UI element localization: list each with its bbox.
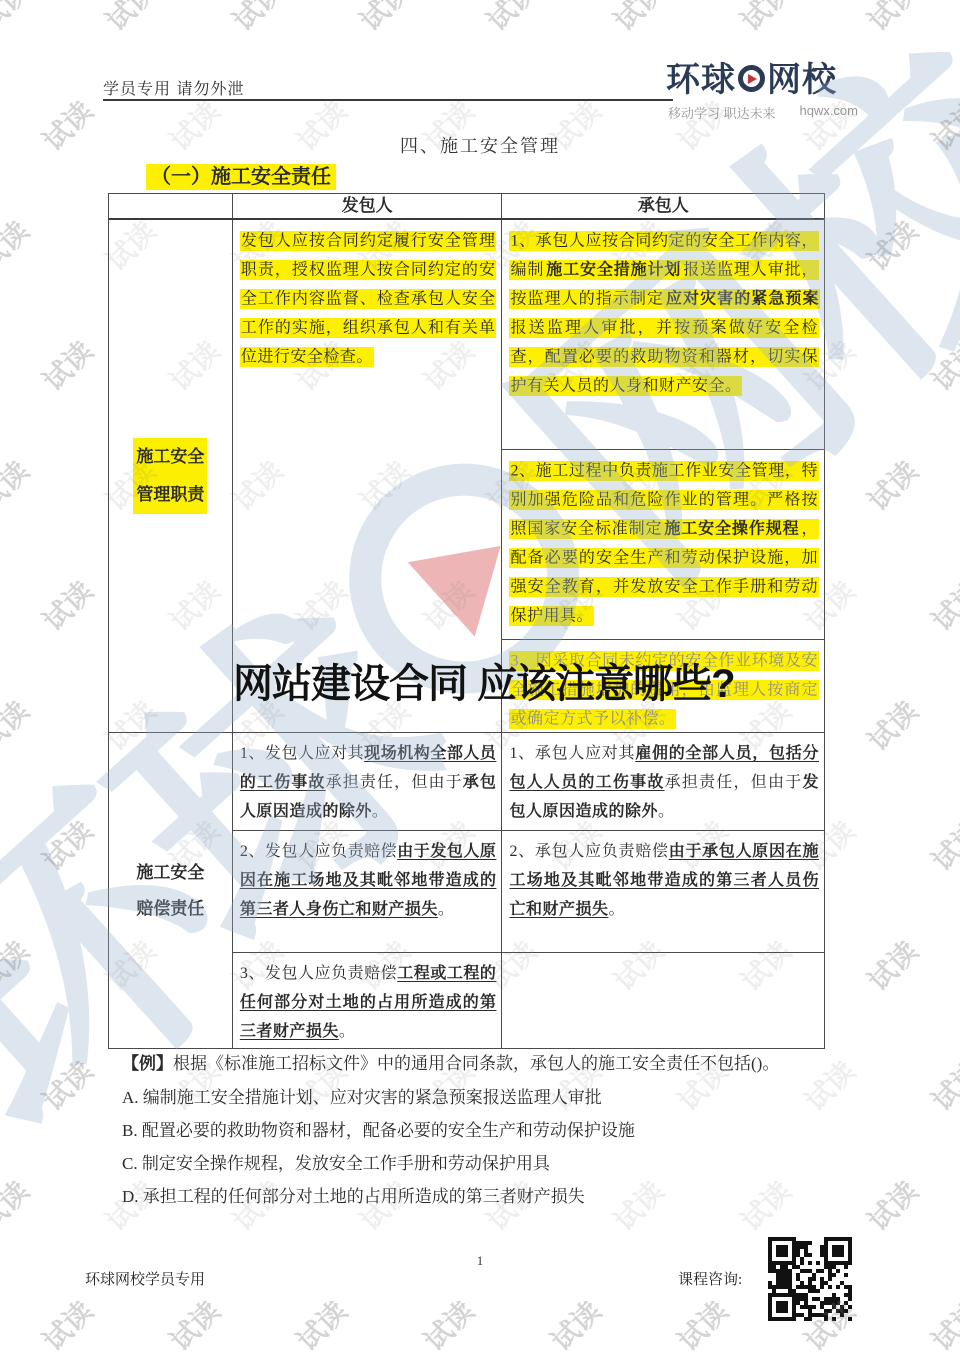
cell-employer-comp-2: 2、发包人应负责赔偿由于发包人原因在施工场地及其毗邻地带造成的第三者人身伤亡和财…: [233, 830, 502, 952]
trial-watermark: 试读: [604, 0, 672, 39]
trial-watermark: 试读: [541, 1291, 609, 1357]
trial-watermark: 试读: [922, 571, 960, 639]
tagline-text: 移动学习 职达未来: [668, 103, 776, 122]
play-icon: [748, 74, 757, 84]
cell-contractor-comp-2: 2、承包人应负责赔偿由于承包人原因在施工场地及其毗邻地带造成的第三者人员伤亡和财…: [502, 830, 824, 952]
responsibility-table: 发包人 承包人 施工安全 管理职责 发包人应按合同约定履行安全管理职责，授权监理…: [108, 193, 825, 1049]
row-label-line2: 管理职责: [133, 476, 207, 514]
row-label-safety-compensation: 施工安全 赔偿责任: [109, 733, 233, 1048]
website-text: hqwx.com: [799, 103, 858, 122]
trial-watermark: 试读: [287, 1291, 355, 1357]
row-label-line1: 施工安全: [133, 438, 207, 476]
trial-watermark: 试读: [858, 211, 926, 279]
option-b: B. 配置必要的救助物资和器材，配备必要的安全生产和劳动保护设施: [122, 1120, 852, 1142]
example-question: 【例】根据《标准施工招标文件》中的通用合同条款，承包人的施工安全责任不包括()。: [122, 1053, 852, 1075]
table-corner-cell: [109, 194, 233, 218]
trial-watermark: 试读: [731, 0, 799, 39]
cell-contractor-duty-1: 1、承包人应按合同约定的安全工作内容，编制施工安全措施计划报送监理人审批，按监理…: [502, 220, 824, 449]
trial-watermark: 试读: [922, 331, 960, 399]
section-heading: （一）施工安全责任: [146, 160, 336, 189]
trial-watermark: 试读: [0, 1171, 37, 1239]
example-question-block: 【例】根据《标准施工招标文件》中的通用合同条款，承包人的施工安全责任不包括()。…: [122, 1053, 852, 1219]
cell-employer-comp-1: 1、发包人应对其现场机构全部人员的工伤事故承担责任，但由于承包人原因造成的除外。: [233, 733, 502, 830]
qr-code: [768, 1237, 852, 1321]
cell-contractor-duty-2: 2、施工过程中负责施工作业安全管理，特别加强危险品和危险作业的管理。严格按照国家…: [502, 449, 824, 639]
trial-watermark: 试读: [0, 691, 37, 759]
trial-watermark: 试读: [922, 1291, 960, 1357]
row-safety-compensation: 施工安全 赔偿责任 1、发包人应对其现场机构全部人员的工伤事故承担责任，但由于承…: [109, 733, 824, 1048]
column-header-contractor: 承包人: [502, 194, 824, 218]
example-question-text: 根据《标准施工招标文件》中的通用合同条款，承包人的施工安全责任不包括()。: [173, 1054, 779, 1073]
column-header-employer: 发包人: [233, 194, 503, 218]
trial-watermark: 试读: [668, 1291, 736, 1357]
trial-watermark: 试读: [223, 0, 291, 39]
trial-watermark: 试读: [33, 1051, 101, 1119]
trial-watermark: 试读: [0, 451, 37, 519]
trial-watermark: 试读: [0, 931, 37, 999]
trial-watermark: 试读: [33, 571, 101, 639]
trial-watermark: 试读: [96, 0, 164, 39]
overlay-ad-title: 网站建设合同 应该注意哪些?: [233, 652, 735, 709]
brand-logo-right: 网校: [767, 52, 837, 101]
row-label-line1: 施工安全: [136, 855, 204, 891]
play-circle-icon: [738, 65, 765, 92]
trial-watermark: 试读: [858, 451, 926, 519]
brand-tagline: 移动学习 职达未来 hqwx.com: [668, 103, 858, 122]
example-tag: 【例】: [122, 1054, 173, 1073]
trial-watermark: 试读: [858, 0, 926, 39]
trial-watermark: 试读: [858, 691, 926, 759]
cell-contractor-comp-empty: [502, 952, 824, 1048]
header-rule: [103, 99, 673, 101]
trial-watermark: 试读: [858, 1171, 926, 1239]
footer-left-text: 环球网校学员专用: [85, 1268, 205, 1289]
trial-watermark: 试读: [160, 1291, 228, 1357]
trial-watermark: 试读: [33, 1291, 101, 1357]
row-label-safety-management: 施工安全 管理职责: [109, 220, 233, 732]
option-d: D. 承担工程的任何部分对土地的占用所造成的第三者财产损失: [122, 1186, 852, 1208]
trial-watermark: 试读: [922, 1051, 960, 1119]
table-header-row: 发包人 承包人: [109, 194, 824, 220]
trial-watermark: 试读: [33, 331, 101, 399]
trial-watermark: 试读: [0, 211, 37, 279]
trial-watermark: 试读: [477, 0, 545, 39]
row-label-line2: 赔偿责任: [136, 891, 204, 927]
option-c: C. 制定安全操作规程，发放安全工作手册和劳动保护用具: [122, 1153, 852, 1175]
footer-contact-label: 课程咨询:: [678, 1268, 742, 1289]
confidential-notice: 学员专用 请勿外泄: [103, 76, 244, 99]
brand-logo-left: 环球: [666, 52, 736, 101]
trial-watermark: 试读: [33, 811, 101, 879]
brand-logo: 环球 网校: [666, 52, 837, 101]
document-title: 四、施工安全管理: [0, 132, 960, 158]
trial-watermark: 试读: [858, 931, 926, 999]
option-a: A. 编制施工安全措施计划、应对灾害的紧急预案报送监理人审批: [122, 1087, 852, 1109]
trial-watermark: 试读: [922, 811, 960, 879]
trial-watermark: 试读: [414, 1291, 482, 1357]
trial-watermark: 试读: [350, 0, 418, 39]
cell-employer-duty: 发包人应按合同约定履行安全管理职责，授权监理人按合同约定的安全工作内容监督、检查…: [233, 220, 502, 371]
trial-watermark: 试读: [0, 0, 37, 39]
cell-contractor-comp-1: 1、承包人应对其雇佣的全部人员，包括分包人人员的工伤事故承担责任，但由于发包人原…: [502, 733, 824, 830]
cell-employer-comp-3: 3、发包人应负责赔偿工程或工程的任何部分对土地的占用所造成的第三者财产损失。: [233, 952, 502, 1048]
